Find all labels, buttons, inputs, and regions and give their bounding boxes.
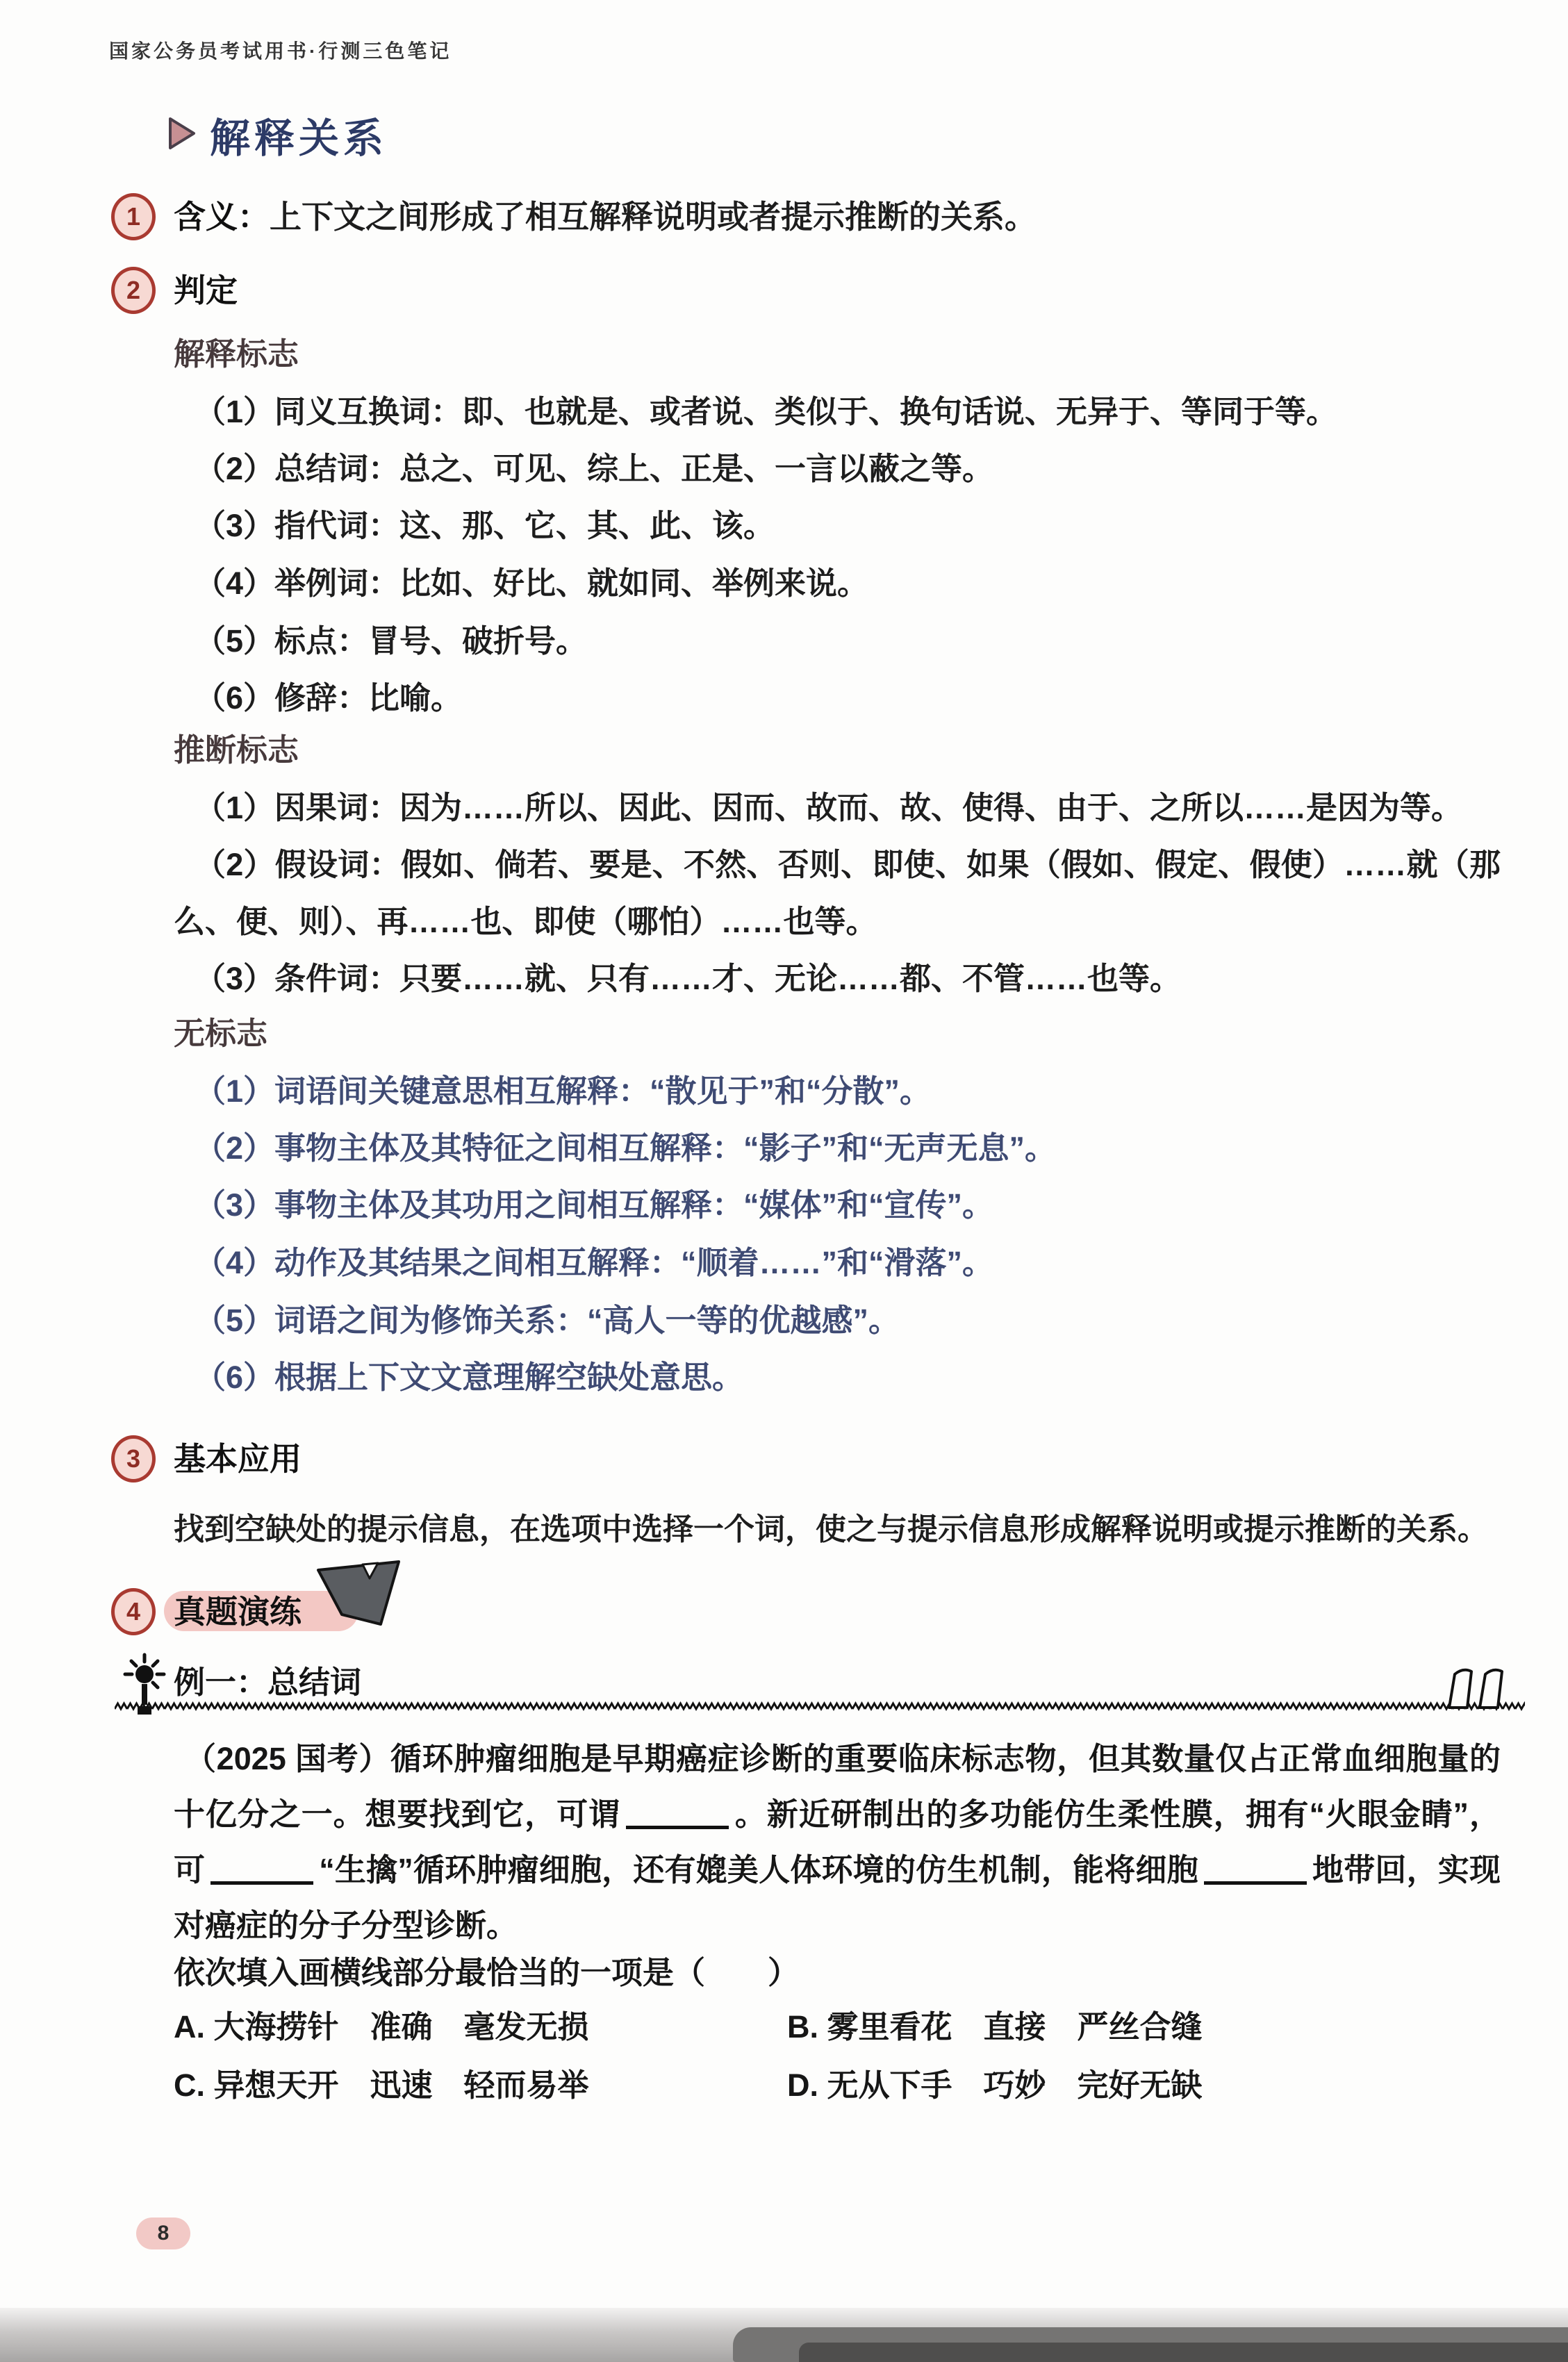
circled-number-3: 3 xyxy=(111,1435,156,1483)
section-meaning-body: 上下文之间形成了相互解释说明或者提示推断的关系。 xyxy=(270,199,1037,235)
wavy-divider xyxy=(115,1701,1525,1715)
no-mark-item-4: （4）动作及其结果之间相互解释：“顺着……”和“滑落”。 xyxy=(174,1234,1501,1291)
explain-marks-heading: 解释标志 xyxy=(174,327,299,382)
section-application: 基本应用 xyxy=(174,1431,302,1487)
section-practice: 真题演练 xyxy=(174,1584,302,1640)
banner-flag-icon xyxy=(314,1560,404,1632)
no-mark-item-2: （2）事物主体及其特征之间相互解释：“影子”和“无声无息”。 xyxy=(174,1120,1501,1177)
infer-mark-item-3: （3）条件词：只要……就、只有……才、无论……都、不管……也等。 xyxy=(174,950,1501,1007)
page-number-badge: 8 xyxy=(136,2218,190,2249)
option-a: A. 大海捞针 准确 毫发无损 xyxy=(174,1999,589,2055)
option-d: D. 无从下手 巧妙 完好无缺 xyxy=(787,2058,1203,2113)
book-page: 国家公务员考试用书·行测三色笔记 解释关系 1 含义：上下文之间形成了相互解释说… xyxy=(0,0,1568,2362)
explain-mark-item-5: （5）标点：冒号、破折号。 xyxy=(174,613,1501,670)
explain-mark-item-2: （2）总结词：总之、可见、综上、正是、一言以蔽之等。 xyxy=(174,440,1501,497)
infer-marks-heading: 推断标志 xyxy=(174,722,299,778)
no-mark-heading: 无标志 xyxy=(174,1006,267,1062)
triangle-bullet-icon xyxy=(168,117,196,154)
explain-mark-item-3: （3）指代词：这、那、它、其、此、该。 xyxy=(174,497,1501,554)
no-mark-item-5: （5）词语之间为修饰关系：“高人一等的优越感”。 xyxy=(174,1292,1501,1349)
photo-shadow-artifact-dark xyxy=(799,2343,1568,2362)
explain-mark-item-1: （1）同义互换词：即、也就是、或者说、类似于、换句话说、无异于、等同于等。 xyxy=(174,383,1501,440)
book-pages-icon xyxy=(1444,1665,1527,1717)
section-application-label: 基本应用 xyxy=(174,1441,302,1477)
infer-mark-item-1: （1）因果词：因为……所以、因此、因而、故而、故、使得、由于、之所以……是因为等… xyxy=(174,779,1501,836)
section-application-body: 找到空缺处的提示信息，在选项中选择一个词，使之与提示信息形成解释说明或提示推断的… xyxy=(174,1502,1535,1558)
circled-number-2: 2 xyxy=(111,267,156,314)
chapter-title-row: 解释关系 xyxy=(168,106,388,164)
infer-mark-item-2: （2）假设词：假如、倘若、要是、不然、否则、即使、如果（假如、假定、假使）……就… xyxy=(174,836,1501,950)
section-meaning-label: 含义： xyxy=(174,199,270,235)
section-judging-label: 判定 xyxy=(174,272,238,308)
chapter-title: 解释关系 xyxy=(210,106,388,164)
section-practice-label: 真题演练 xyxy=(174,1594,302,1630)
blank-underline-3 xyxy=(1204,1853,1307,1885)
no-mark-item-3: （3）事物主体及其功用之间相互解释：“媒体”和“宣传”。 xyxy=(174,1177,1501,1234)
option-b: B. 雾里看花 直接 严丝合缝 xyxy=(787,1999,1203,2055)
blank-underline-1 xyxy=(626,1798,729,1829)
circled-number-4: 4 xyxy=(111,1588,156,1635)
question-source: （2025 国考） xyxy=(185,1741,390,1776)
section-judging: 判定 xyxy=(174,263,238,318)
no-mark-item-6: （6）根据上下文文意理解空缺处意思。 xyxy=(174,1349,1501,1406)
question-prompt: 依次填入画横线部分最恰当的一项是（ ） xyxy=(174,1945,799,2001)
question-passage: （2025 国考）循环肿瘤细胞是早期癌症诊断的重要临床标志物，但其数量仅占正常血… xyxy=(174,1731,1501,1954)
blank-underline-2 xyxy=(211,1853,313,1885)
page-header: 国家公务员考试用书·行测三色笔记 xyxy=(109,36,452,64)
section-meaning: 含义：上下文之间形成了相互解释说明或者提示推断的关系。 xyxy=(174,189,1037,245)
no-mark-item-1: （1）词语间关键意思相互解释：“散见于”和“分散”。 xyxy=(174,1063,1501,1120)
explain-mark-item-6: （6）修辞：比喻。 xyxy=(174,670,1501,727)
explain-mark-item-4: （4）举例词：比如、好比、就如同、举例来说。 xyxy=(174,555,1501,612)
circled-number-1: 1 xyxy=(111,193,156,240)
passage-part-3: “生擒”循环肿瘤细胞，还有媲美人体环境的仿生机制，能将细胞 xyxy=(319,1852,1198,1888)
option-c: C. 异想天开 迅速 轻而易举 xyxy=(174,2058,589,2113)
